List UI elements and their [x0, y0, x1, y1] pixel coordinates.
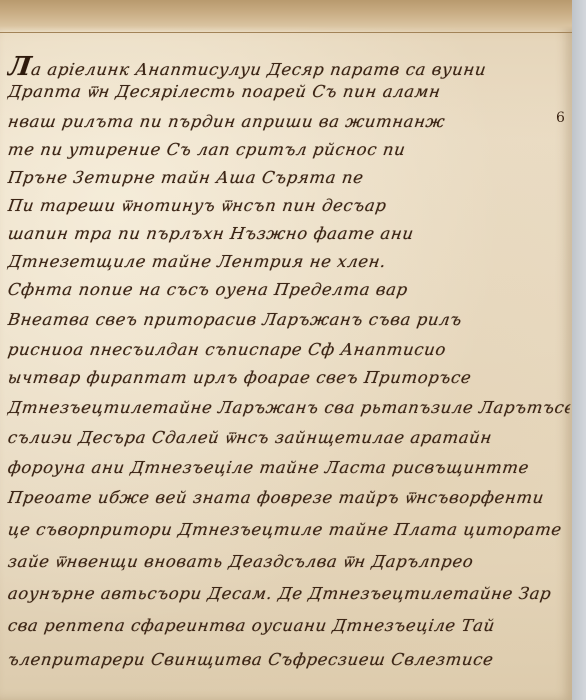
manuscript-line-18: зайе ѿнвенщи вновать Деаздсълва ѿн Даръл… [7, 552, 572, 572]
manuscript-line-11: рисниоа пнесъилдан съписпаре Сф Анаптиси… [7, 340, 572, 359]
manuscript-line-2: Драпта ѿн Десярілесть поарей Съ пин алам… [7, 82, 572, 102]
manuscript-line-19: аоунърне автьсъори Десам. Де Дтнезъецтил… [7, 584, 572, 603]
manuscript-line-20: сва рептепа сфареинтва оусиани Дтнезъеці… [7, 616, 572, 635]
manuscript-line-8: Дтнезетщиле тайне Лентрия не хлен. [7, 252, 572, 271]
manuscript-line-10: Внеатва свеъ приторасив Ларъжанъ съва ри… [7, 310, 572, 329]
manuscript-line-9: Сфнта попие на съсъ оуена Пределта вар [7, 280, 572, 299]
folded-top-edge [0, 0, 572, 33]
manuscript-line-13: Дтнезъецтилетайне Ларъжанъ сва рьтапъзил… [7, 398, 572, 417]
manuscript-line-6: Пи тареши ѿнотинуъ ѿнсъп пин десъар [7, 196, 572, 216]
manuscript-line-1: Ла аріелинк Анаптисулуи Десяр паратв са … [6, 52, 572, 82]
manuscript-line-21: ълепритарери Свинщитва Съфресзиеш Свлезт… [7, 650, 572, 669]
background-edge [572, 0, 586, 700]
manuscript-line-14: сълиэи Десъра Сдалей ѿнсъ зайнщетилае ар… [7, 428, 572, 448]
manuscript-line-5: Пръне 3етирне тайн Аша Сърята пе [7, 168, 572, 187]
manuscript-line-4: те пи утирение Съ лап сритъл рйснос пи [7, 140, 572, 159]
manuscript-line-15: фороуна ани Дтнезъеціле тайне Ласта рисв… [7, 458, 572, 477]
manuscript-line-3: нваш рилъта пи пърдин априши ва житнанж [7, 112, 572, 131]
manuscript-line-17: це съворпритори Дтнезъецтиле тайне Плата… [7, 520, 572, 539]
manuscript-line-12: ычтвар фираптат ирлъ фоарае свеъ Приторъ… [7, 368, 572, 387]
manuscript-page: Ла аріелинк Анаптисулуи Десяр паратв са … [0, 0, 572, 700]
manuscript-line-7: шапин тра пи пърлъхн Нъзжно фаате ани [7, 224, 572, 243]
manuscript-line-16: Преоате ибже вей зната фоврезе тайръ ѿнс… [7, 488, 572, 508]
margin-number: 6 [556, 110, 565, 126]
